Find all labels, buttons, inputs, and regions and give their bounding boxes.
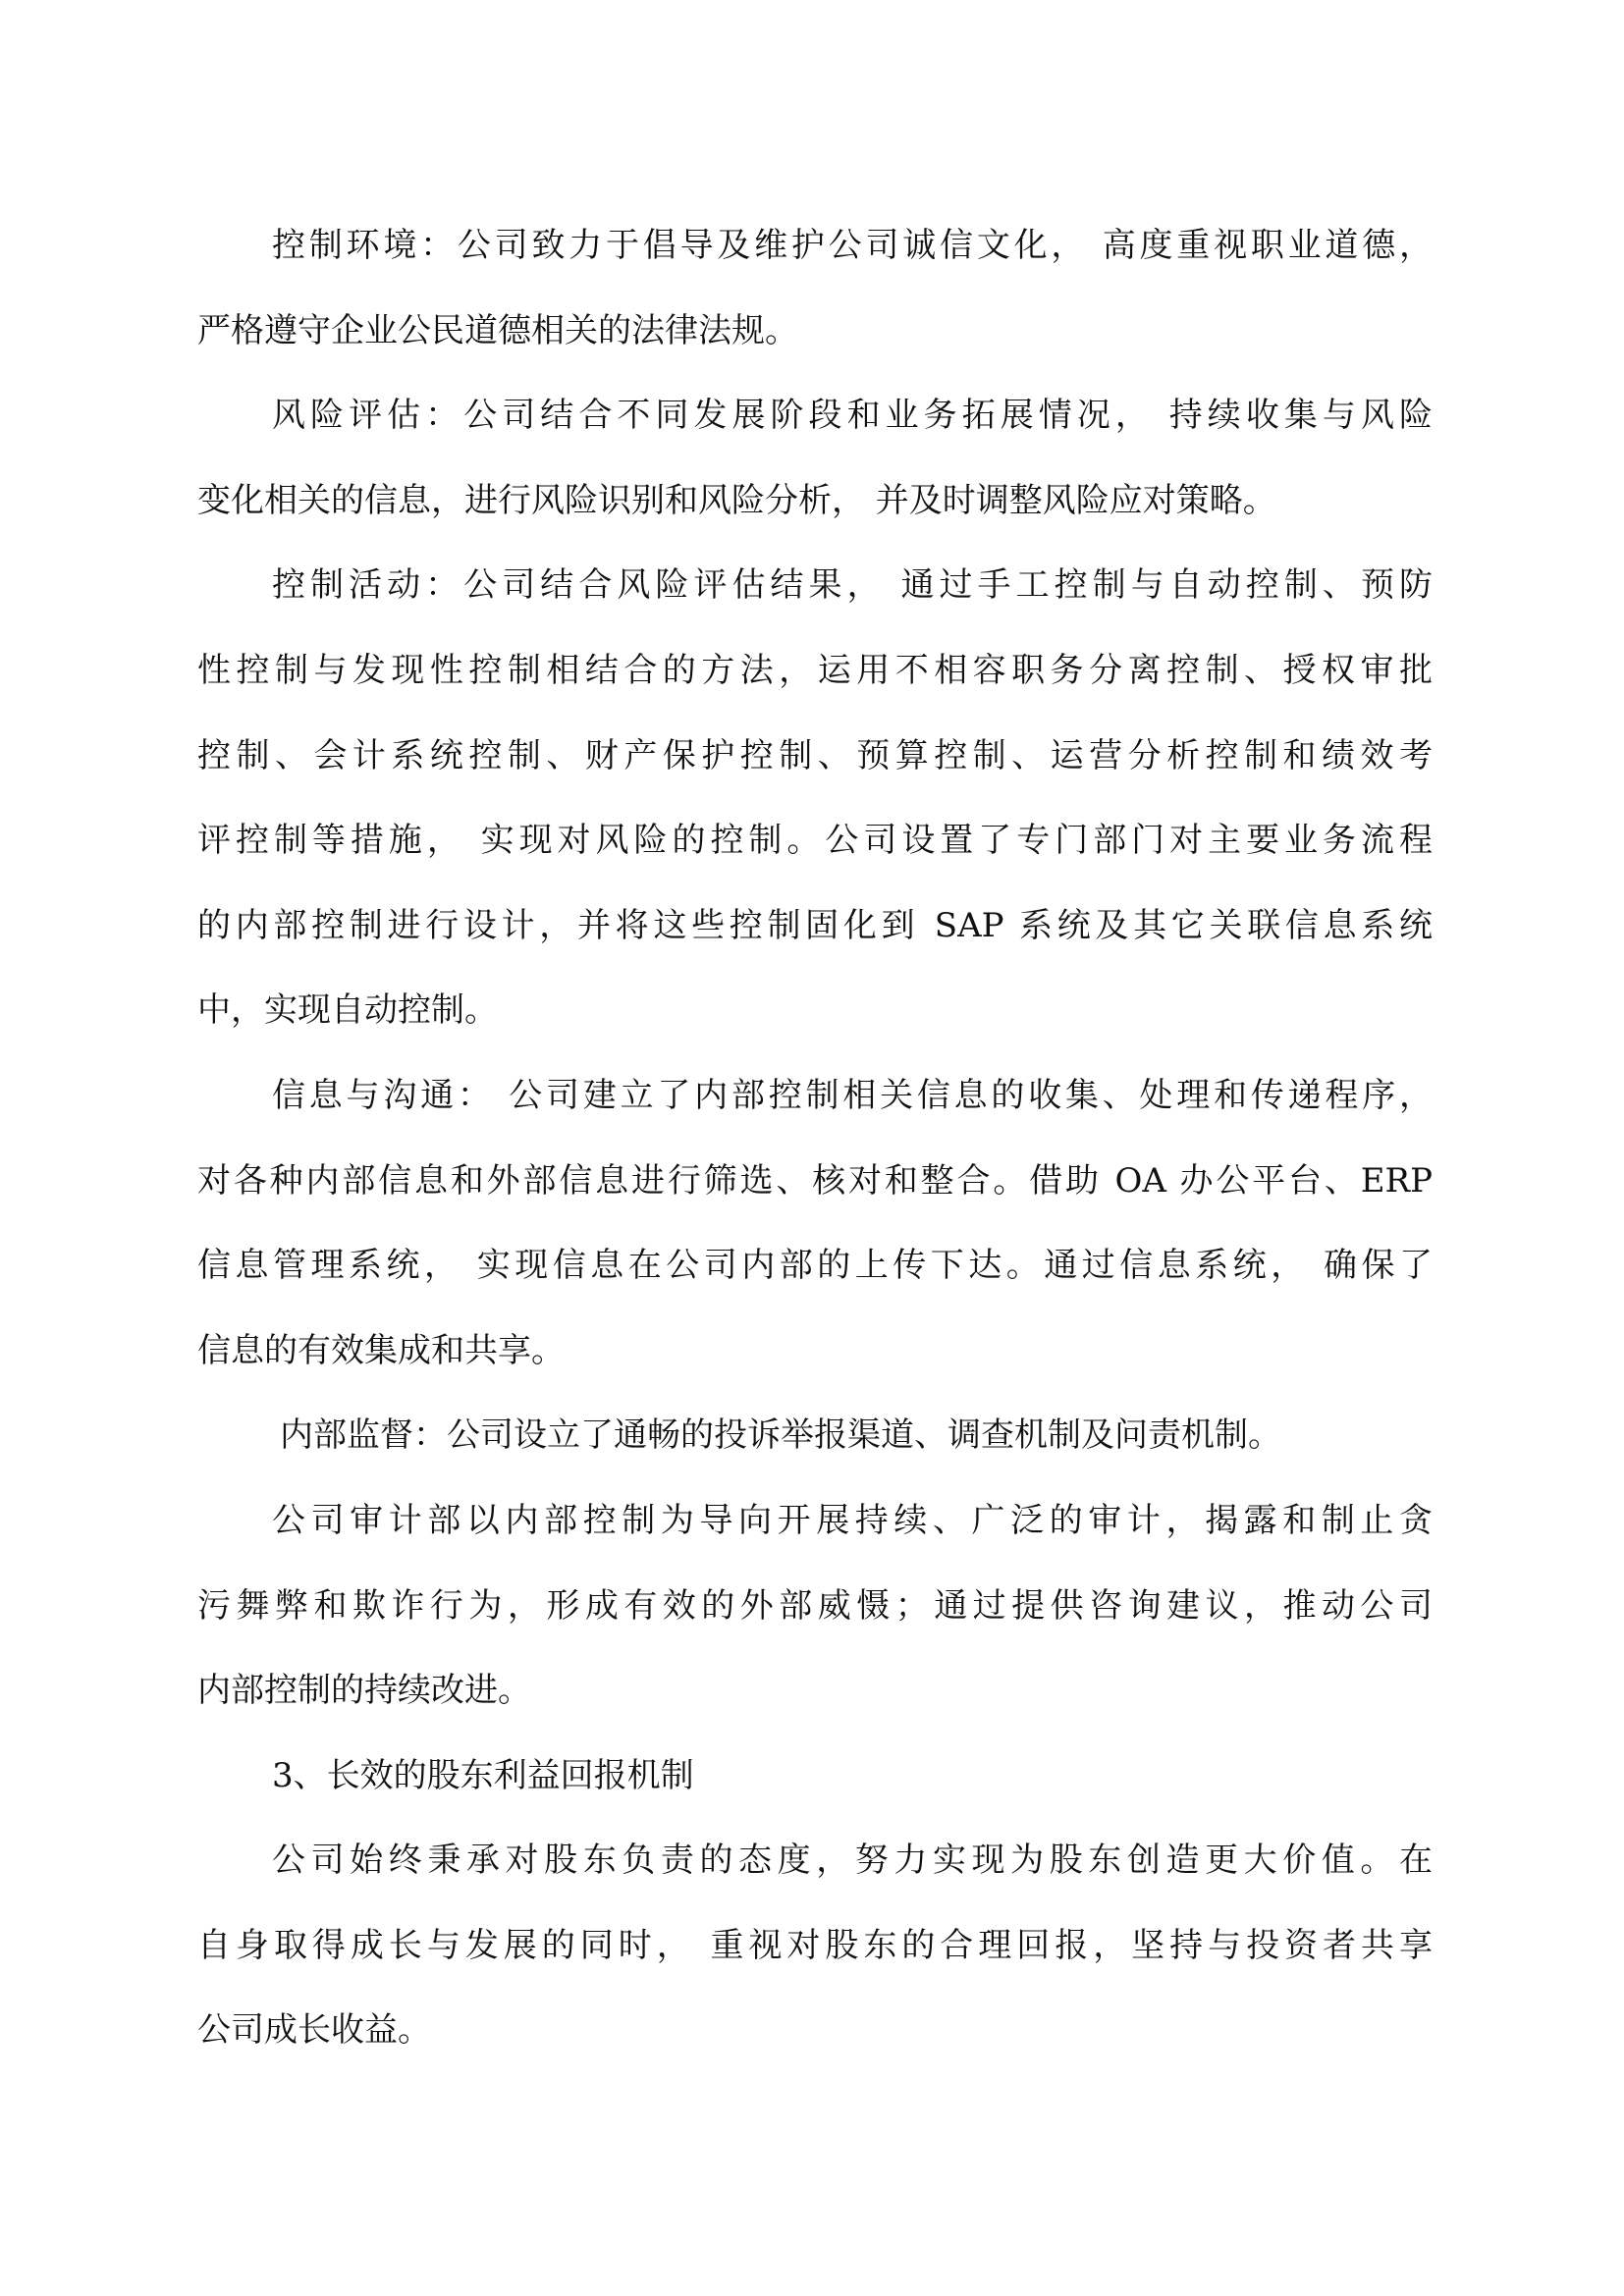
document-page: 控制环境：公司致力于倡导及维护公司诚信文化， 高度重视职业道德， 严格遵守企业公… [197,203,1433,2073]
text-line: 中，实现自动控制。 [197,968,1433,1053]
paragraph-control-environment: 控制环境：公司致力于倡导及维护公司诚信文化， 高度重视职业道德， 严格遵守企业公… [197,203,1433,373]
paragraph-internal-supervision: 内部监督：公司设立了通畅的投诉举报渠道、调查机制及问责机制。 [197,1393,1433,1478]
text-line: 自身取得成长与发展的同时， 重视对股东的合理回报，坚持与投资者共享 [197,1903,1433,1989]
text-line: 对各种内部信息和外部信息进行筛选、核对和整合。借助 OA 办公平台、ERP [197,1139,1433,1224]
text-line: 污舞弊和欺诈行为，形成有效的外部威慑；通过提供咨询建议，推动公司 [197,1564,1433,1649]
text-line: 变化相关的信息，进行风险识别和风险分析， 并及时调整风险应对策略。 [197,458,1433,544]
text-line: 性控制与发现性控制相结合的方法，运用不相容职务分离控制、授权审批 [197,628,1433,714]
paragraph-audit-department: 公司审计部以内部控制为导向开展持续、广泛的审计，揭露和制止贪 污舞弊和欺诈行为，… [197,1478,1433,1734]
text-line: 信息与沟通： 公司建立了内部控制相关信息的收集、处理和传递程序， [197,1053,1433,1139]
text-line: 严格遵守企业公民道德相关的法律法规。 [197,289,1433,374]
text-line: 风险评估：公司结合不同发展阶段和业务拓展情况， 持续收集与风险 [197,373,1433,458]
text-line: 公司始终秉承对股东负责的态度，努力实现为股东创造更大价值。在 [197,1818,1433,1903]
text-line: 信息管理系统， 实现信息在公司内部的上传下达。通过信息系统， 确保了 [197,1223,1433,1308]
text-line: 公司成长收益。 [197,1988,1433,2073]
section-heading: 3、长效的股东利益回报机制 [197,1734,1433,1819]
paragraph-shareholder-returns: 公司始终秉承对股东负责的态度，努力实现为股东创造更大价值。在 自身取得成长与发展… [197,1818,1433,2073]
paragraph-control-activities: 控制活动：公司结合风险评估结果， 通过手工控制与自动控制、预防 性控制与发现性控… [197,543,1433,1053]
text-line: 的内部控制进行设计，并将这些控制固化到 SAP 系统及其它关联信息系统 [197,883,1433,969]
text-line: 控制、会计系统控制、财产保护控制、预算控制、运营分析控制和绩效考 [197,714,1433,799]
text-line: 公司审计部以内部控制为导向开展持续、广泛的审计，揭露和制止贪 [197,1478,1433,1564]
text-line: 内部监督：公司设立了通畅的投诉举报渠道、调查机制及问责机制。 [197,1393,1433,1478]
paragraph-information-communication: 信息与沟通： 公司建立了内部控制相关信息的收集、处理和传递程序， 对各种内部信息… [197,1053,1433,1393]
text-line: 控制活动：公司结合风险评估结果， 通过手工控制与自动控制、预防 [197,543,1433,628]
text-line: 控制环境：公司致力于倡导及维护公司诚信文化， 高度重视职业道德， [197,203,1433,289]
section-3-heading: 3、长效的股东利益回报机制 [197,1734,1433,1819]
text-line: 信息的有效集成和共享。 [197,1308,1433,1394]
text-line: 内部控制的持续改进。 [197,1648,1433,1734]
paragraph-risk-assessment: 风险评估：公司结合不同发展阶段和业务拓展情况， 持续收集与风险 变化相关的信息，… [197,373,1433,543]
text-line: 评控制等措施， 实现对风险的控制。公司设置了专门部门对主要业务流程 [197,798,1433,883]
